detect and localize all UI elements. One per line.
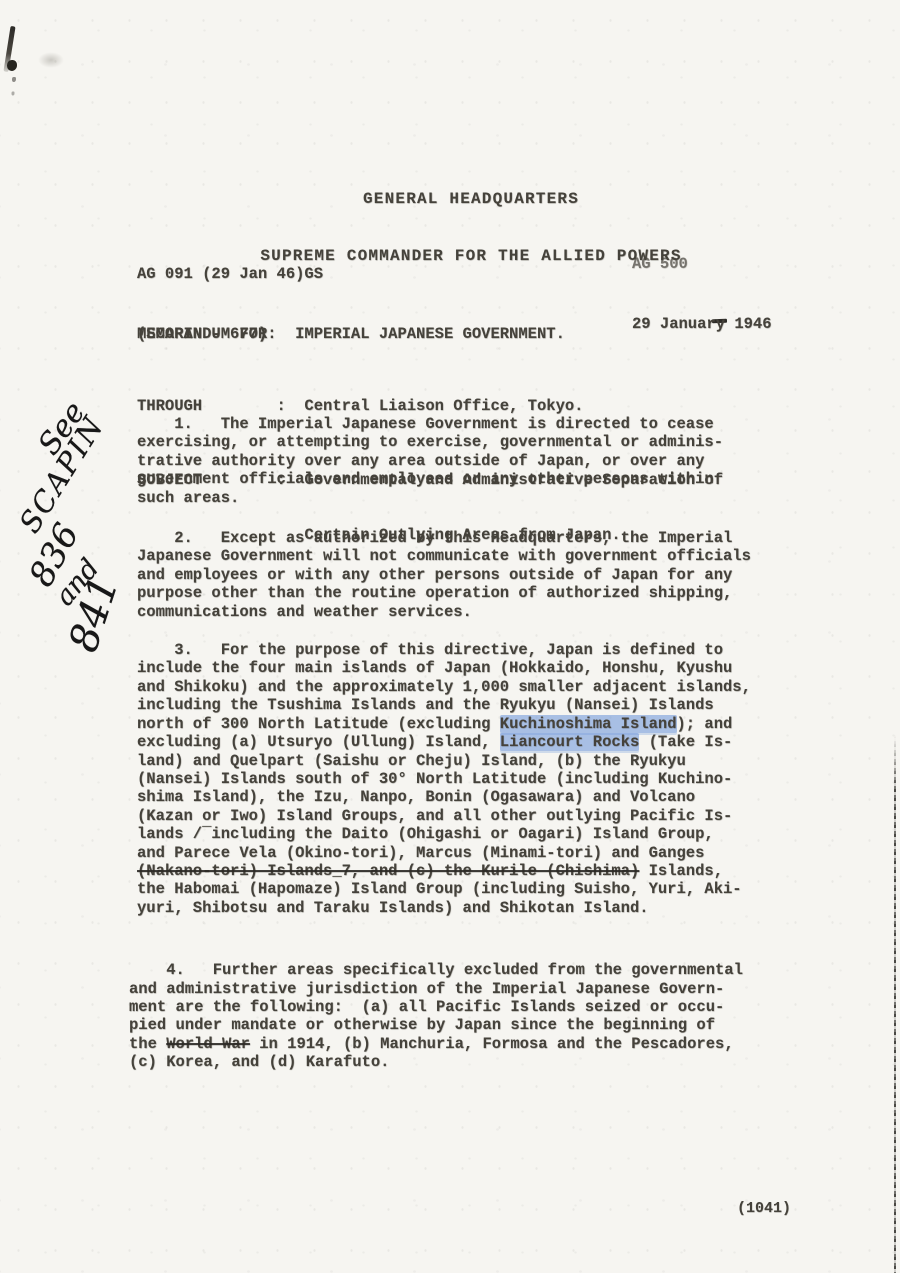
text-line: including the Tsushima Islands and the R…	[137, 696, 797, 714]
text-line: 3. For the purpose of this directive, Ja…	[137, 641, 797, 659]
scanned-document-page: GENERAL HEADQUARTERS SUPREME COMMANDER F…	[0, 0, 900, 1273]
paragraph: 4. Further areas specifically excluded f…	[129, 961, 797, 1071]
text-line: (Nakano-tori) Islands_7, and (c) the Kur…	[137, 862, 797, 880]
file-number: AG 091 (29 Jan 46)GS	[137, 264, 323, 284]
struck-text: World War	[166, 1035, 250, 1053]
highlighted-text: Kuchinoshima Island	[500, 715, 677, 733]
text-line: shima Island), the Izu, Nanpo, Bonin (Og…	[137, 788, 797, 806]
paragraph: 2. Except as authorized by this Headquar…	[137, 529, 797, 621]
text-line: trative authority over any area outside …	[137, 452, 797, 470]
scan-edge-line	[894, 735, 897, 1273]
text-line: and administrative jurisdiction of the I…	[129, 980, 797, 998]
text-line: (Kazan or Iwo) Island Groups, and all ot…	[137, 807, 797, 825]
office-symbol: AG 500	[632, 254, 772, 274]
text-line: 4. Further areas specifically excluded f…	[129, 961, 797, 979]
text-line: and employees or with any other persons …	[137, 566, 797, 584]
text-line: such areas.	[137, 489, 797, 507]
text-line: and Shikoku) and the approximately 1,000…	[137, 678, 797, 696]
text-line: purpose other than the routine operation…	[137, 584, 797, 602]
struck-text: (Nakano-tori) Islands_7, and (c) the Kur…	[137, 862, 639, 880]
memo-through-line: THROUGH : Central Liaison Office, Tokyo.	[137, 397, 723, 415]
text-line: north of 300 North Latitude (excluding K…	[137, 715, 797, 733]
text-line: (Nansei) Islands south of 30° North Lati…	[137, 770, 797, 788]
text-line: yuri, Shibotsu and Taraku Islands) and S…	[137, 899, 797, 917]
letterhead-line1: GENERAL HEADQUARTERS	[21, 190, 900, 209]
text-line: 2. Except as authorized by this Headquar…	[137, 529, 797, 547]
text-line: the Habomai (Hapomaze) Island Group (inc…	[137, 880, 797, 898]
page-number: (1041)	[737, 1200, 791, 1217]
paragraph: 1. The Imperial Japanese Government is d…	[137, 415, 797, 507]
highlighted-text: Liancourt Rocks	[500, 733, 640, 751]
text-line: government officials and employees or an…	[137, 470, 797, 488]
text-line: Japanese Government will not communicate…	[137, 547, 797, 565]
text-line: land) and Quelpart (Saishu or Cheju) Isl…	[137, 752, 797, 770]
text-line: exercising, or attempting to exercise, g…	[137, 433, 797, 451]
ink-blob-mark	[7, 60, 17, 71]
handwritten-note: See SCAPIN 836 and 841	[0, 395, 150, 665]
text-line: communications and weather services.	[137, 603, 797, 621]
text-line: and Parece Vela (Okino-tori), Marcus (Mi…	[137, 844, 797, 862]
text-line: (c) Korea, and (d) Karafuto.	[129, 1053, 797, 1071]
text-line: excluding (a) Utsuryo (Ullung) Island, L…	[137, 733, 797, 751]
text-line: 1. The Imperial Japanese Government is d…	[137, 415, 797, 433]
text-line: the World War in 1914, (b) Manchuria, Fo…	[129, 1035, 797, 1053]
text-line: ment are the following: (a) all Pacific …	[129, 998, 797, 1016]
paragraph: 3. For the purpose of this directive, Ja…	[137, 641, 797, 917]
text-line: lands /‾including the Daito (Ohigashi or…	[137, 825, 797, 843]
document-body: 1. The Imperial Japanese Government is d…	[137, 415, 797, 1072]
memo-for-line: MEMORANDUM FOR: IMPERIAL JAPANESE GOVERN…	[137, 325, 723, 343]
text-line: pied under mandate or otherwise by Japan…	[129, 1016, 797, 1034]
text-line: include the four main islands of Japan (…	[137, 659, 797, 677]
smudge-mark	[38, 52, 64, 68]
